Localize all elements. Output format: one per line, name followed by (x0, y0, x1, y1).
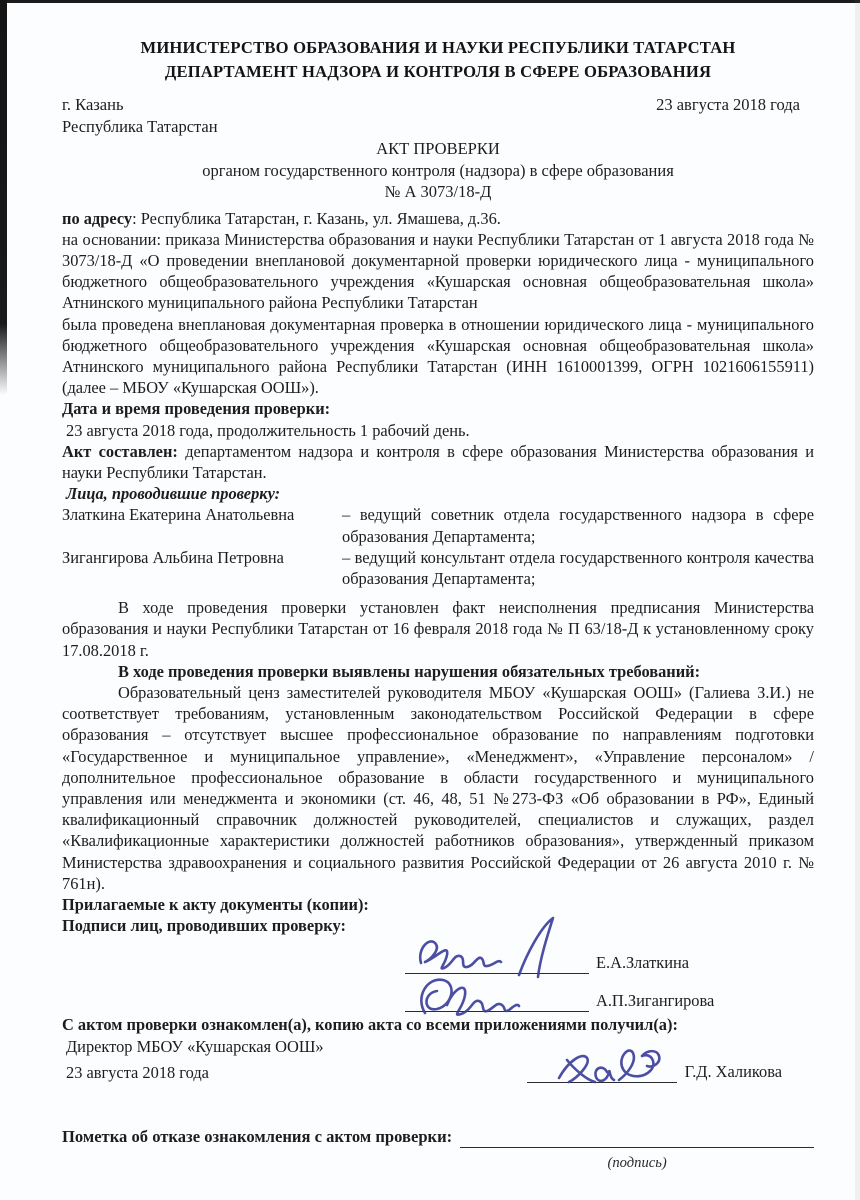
inspector-signature-name: Е.А.Златкина (596, 952, 689, 974)
document-date: 23 августа 2018 года (656, 94, 800, 116)
refusal-caption: (подпись) (460, 1152, 814, 1174)
department-name: ДЕПАРТАМЕНТ НАДЗОРА И КОНТРОЛЯ В СФЕРЕ О… (62, 60, 814, 84)
document-title: АКТ ПРОВЕРКИ (62, 138, 814, 160)
inspector-2-name: Зигангирова Альбина Петровна (62, 547, 342, 589)
datetime-value: 23 августа 2018 года, продолжительность … (62, 420, 814, 441)
place-date-row: г. Казань Республика Татарстан 23 август… (62, 94, 814, 137)
acknowledgement-heading: С актом проверки ознакомлен(а), копию ак… (62, 1014, 814, 1036)
inspector-1-role: – ведущий советник отдела государственно… (342, 504, 814, 546)
acknowledgement-section: С актом проверки ознакомлен(а), копию ак… (62, 1014, 814, 1083)
inspector-2-role: – ведущий консультант отдела государстве… (342, 547, 814, 589)
place-block: г. Казань Республика Татарстан (62, 94, 218, 137)
refusal-section: Пометка об отказе ознакомления с актом п… (62, 1126, 814, 1148)
datetime-heading: Дата и время проведения проверки: (62, 398, 814, 419)
document-content: МИНИСТЕРСТВО ОБРАЗОВАНИЯ И НАУКИ РЕСПУБЛ… (0, 0, 860, 1020)
ministry-name: МИНИСТЕРСТВО ОБРАЗОВАНИЯ И НАУКИ РЕСПУБЛ… (62, 36, 814, 60)
finding-paragraph: В ходе проведения проверки установлен фа… (62, 597, 814, 661)
inspectors-list: Златкина Екатерина Анатольевна – ведущий… (62, 504, 814, 589)
signature-line (405, 982, 589, 1012)
signatures-heading: Подписи лиц, проводивших проверку: (62, 915, 814, 936)
composed-label: Акт составлен: (62, 442, 178, 461)
city-label: г. Казань (62, 94, 218, 116)
acknowledgement-signature-row: 23 августа 2018 года Г.Д. Халикова (62, 1057, 814, 1083)
inspector-signatures-block: Е.А.Златкина А.П.Зигангирова (405, 944, 814, 1020)
address-line: по адресу: Республика Татарстан, г. Каза… (62, 208, 814, 229)
conducted-paragraph: была проведена внеплановая документарная… (62, 314, 814, 399)
acknowledgement-position: Директор МБОУ «Кушарская ООШ» (62, 1036, 814, 1058)
document-body: по адресу: Республика Татарстан, г. Каза… (62, 208, 814, 1021)
inspector-signature-name: А.П.Зигангирова (596, 990, 714, 1012)
director-signature: Г.Д. Халикова (527, 1057, 782, 1083)
address-label: по адресу (62, 209, 132, 228)
address-value: : Республика Татарстан, г. Казань, ул. Я… (132, 209, 501, 228)
signature-line (527, 1057, 677, 1083)
region-label: Республика Татарстан (62, 116, 218, 138)
signature-row-zlatkina: Е.А.Златкина (405, 944, 814, 982)
attachments-heading: Прилагаемые к акту документы (копии): (62, 894, 814, 915)
signature-line (405, 944, 589, 974)
basis-paragraph: на основании: приказа Министерства образ… (62, 229, 814, 314)
violation-paragraph: Образовательный ценз заместителей руково… (62, 682, 814, 894)
inspector-1-name: Златкина Екатерина Анатольевна (62, 504, 342, 546)
director-signature-name: Г.Д. Халикова (685, 1061, 782, 1083)
document-subtitle: органом государственного контроля (надзо… (62, 160, 814, 182)
document-number: № А 3073/18-Д (62, 181, 814, 203)
document-title-block: АКТ ПРОВЕРКИ органом государственного ко… (62, 138, 814, 203)
violations-heading: В ходе проведения проверки выявлены нару… (62, 661, 814, 682)
refusal-signature-blank: (подпись) (460, 1128, 814, 1148)
document-letterhead: МИНИСТЕРСТВО ОБРАЗОВАНИЯ И НАУКИ РЕСПУБЛ… (62, 36, 814, 84)
acknowledgement-date: 23 августа 2018 года (66, 1062, 209, 1084)
inspectors-heading: Лица, проводившие проверку: (62, 483, 814, 504)
refusal-row: Пометка об отказе ознакомления с актом п… (62, 1126, 814, 1148)
scanned-document-page: МИНИСТЕРСТВО ОБРАЗОВАНИЯ И НАУКИ РЕСПУБЛ… (0, 0, 860, 1200)
composed-paragraph: Акт составлен: департаментом надзора и к… (62, 441, 814, 483)
refusal-label: Пометка об отказе ознакомления с актом п… (62, 1126, 452, 1148)
